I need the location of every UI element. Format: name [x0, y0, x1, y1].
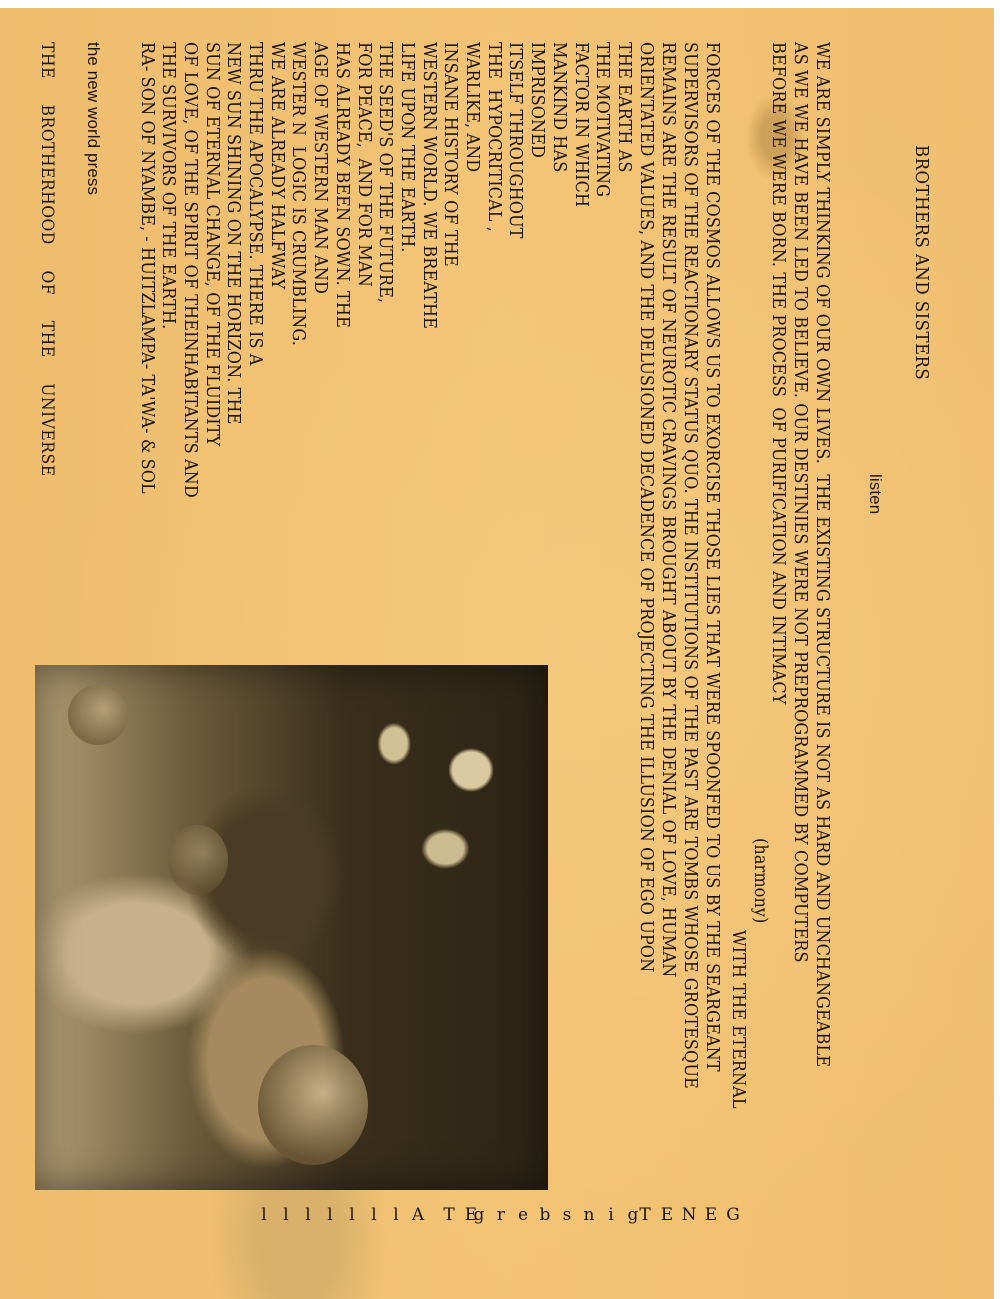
vertical-letter: T	[439, 1205, 459, 1225]
photo-figure	[258, 1045, 368, 1165]
harmony-note: (harmony)	[749, 838, 771, 923]
column-line: THE SURVIVORS OF THE EARTH.	[157, 42, 179, 329]
vertical-letter: A	[408, 1205, 428, 1225]
column-line: THE MOTIVATING	[591, 42, 613, 197]
column-line: WESTERN WORLD. WE BREATHE	[418, 42, 440, 329]
column-line: FACTOR IN WHICH	[570, 42, 592, 207]
flyer-subtitle: listen	[864, 474, 886, 514]
vertical-letter: E	[461, 1205, 481, 1225]
cosmos-line: ORIENTATED VALUES, AND THE DELUSIONED DE…	[635, 42, 657, 972]
cosmos-line: REMAINS ARE THE RESULT OF NEUROTIC CRAVI…	[657, 42, 679, 977]
vertical-letter: l	[342, 1205, 362, 1225]
column-line: WESTER N LOGIC IS CRUMBLING.	[288, 42, 310, 346]
vertical-letter: r	[491, 1205, 511, 1225]
column-line: THE EARTH AS	[613, 42, 635, 173]
intro-line: AS WE WE HAVE BEEN LED TO BELIEVE. OUR D…	[789, 42, 811, 963]
cosmos-line: SUPERVISORS OF THE REACTIONARY STATUS QU…	[679, 42, 701, 1089]
column-line: ITSELF THROUGHOUT	[505, 42, 527, 239]
vertical-letter: e	[513, 1205, 533, 1225]
vertical-letter: l	[298, 1205, 318, 1225]
cosmos-line: FORCES OF THE COSMOS ALLOWS US TO EXORCI…	[701, 42, 723, 1072]
vertical-letter: n	[579, 1205, 599, 1225]
vertical-letter: l	[276, 1205, 296, 1225]
column-line: WE ARE ALREADY HALFWAY	[266, 42, 288, 289]
column-line: MANKIND HAS	[548, 42, 570, 172]
column-line: AGE OF WESTERN MAN AND	[309, 42, 331, 294]
flyer-page: BROTHERS AND SISTERS listen WE ARE SIMPL…	[0, 0, 1000, 1299]
column-line: FOR PEACE, AND FOR MAN	[353, 42, 375, 287]
vertical-letter: l	[254, 1205, 274, 1225]
column-line: WARLIKE, AND	[461, 42, 483, 172]
vertical-letter: s	[557, 1205, 577, 1225]
with-the-eternal-line: WITH THE ETERNAL	[727, 930, 749, 1109]
vertical-letter: E	[701, 1205, 721, 1225]
vertical-letter: i	[601, 1205, 621, 1225]
column-line: SUN OF ETERNAL CHANGE, OF THE FLUIDITY	[201, 42, 223, 446]
flyer-title: BROTHERS AND SISTERS	[910, 145, 932, 380]
flyer-footer: THE BROTHERHOOD OF THE UNIVERSE	[36, 42, 58, 477]
vertical-letter: l	[364, 1205, 384, 1225]
vertical-letter: N	[679, 1205, 699, 1225]
column-line: NEW SUN SHINING ON THE HORIZON. THE	[222, 42, 244, 424]
vertical-letter: b	[535, 1205, 555, 1225]
column-line: LIFE UPON THE EARTH.	[396, 42, 418, 253]
intro-line: WE ARE SIMPLY THINKING OF OUR OWN LIVES.…	[811, 42, 833, 1067]
vertical-letter: l	[386, 1205, 406, 1225]
intro-line: BEFORE WE WERE BORN. THE PROCESS OF PURI…	[767, 42, 789, 705]
photo-figure	[68, 685, 128, 745]
vertical-letter: g	[623, 1205, 643, 1225]
photo-figure	[168, 825, 228, 895]
column-line: HAS ALREADY BEEN SOWN. THE	[331, 42, 353, 328]
column-line: INSANE HISTORY OF THE	[439, 42, 461, 267]
column-line: THRU THE APOCALYPSE. THERE IS A	[244, 42, 266, 365]
vertical-letter: G	[723, 1205, 743, 1225]
group-photograph	[35, 665, 548, 1190]
column-line: OF LOVE, OF THE SPIRIT OF THEINHABITANTS…	[179, 42, 201, 498]
vertical-letter: l	[320, 1205, 340, 1225]
vertical-letter: E	[657, 1205, 677, 1225]
column-line: RA- SON OF NYAMBE, - HUITZLAMPA- TA'WA- …	[136, 42, 158, 494]
column-line: IMPRISONED	[526, 42, 548, 158]
publisher-credit: the new world press	[82, 42, 104, 195]
column-line: THE SEED'S OF THE FUTURE,	[374, 42, 396, 303]
column-line: THE HYPOCRITICAL ,	[483, 42, 505, 232]
